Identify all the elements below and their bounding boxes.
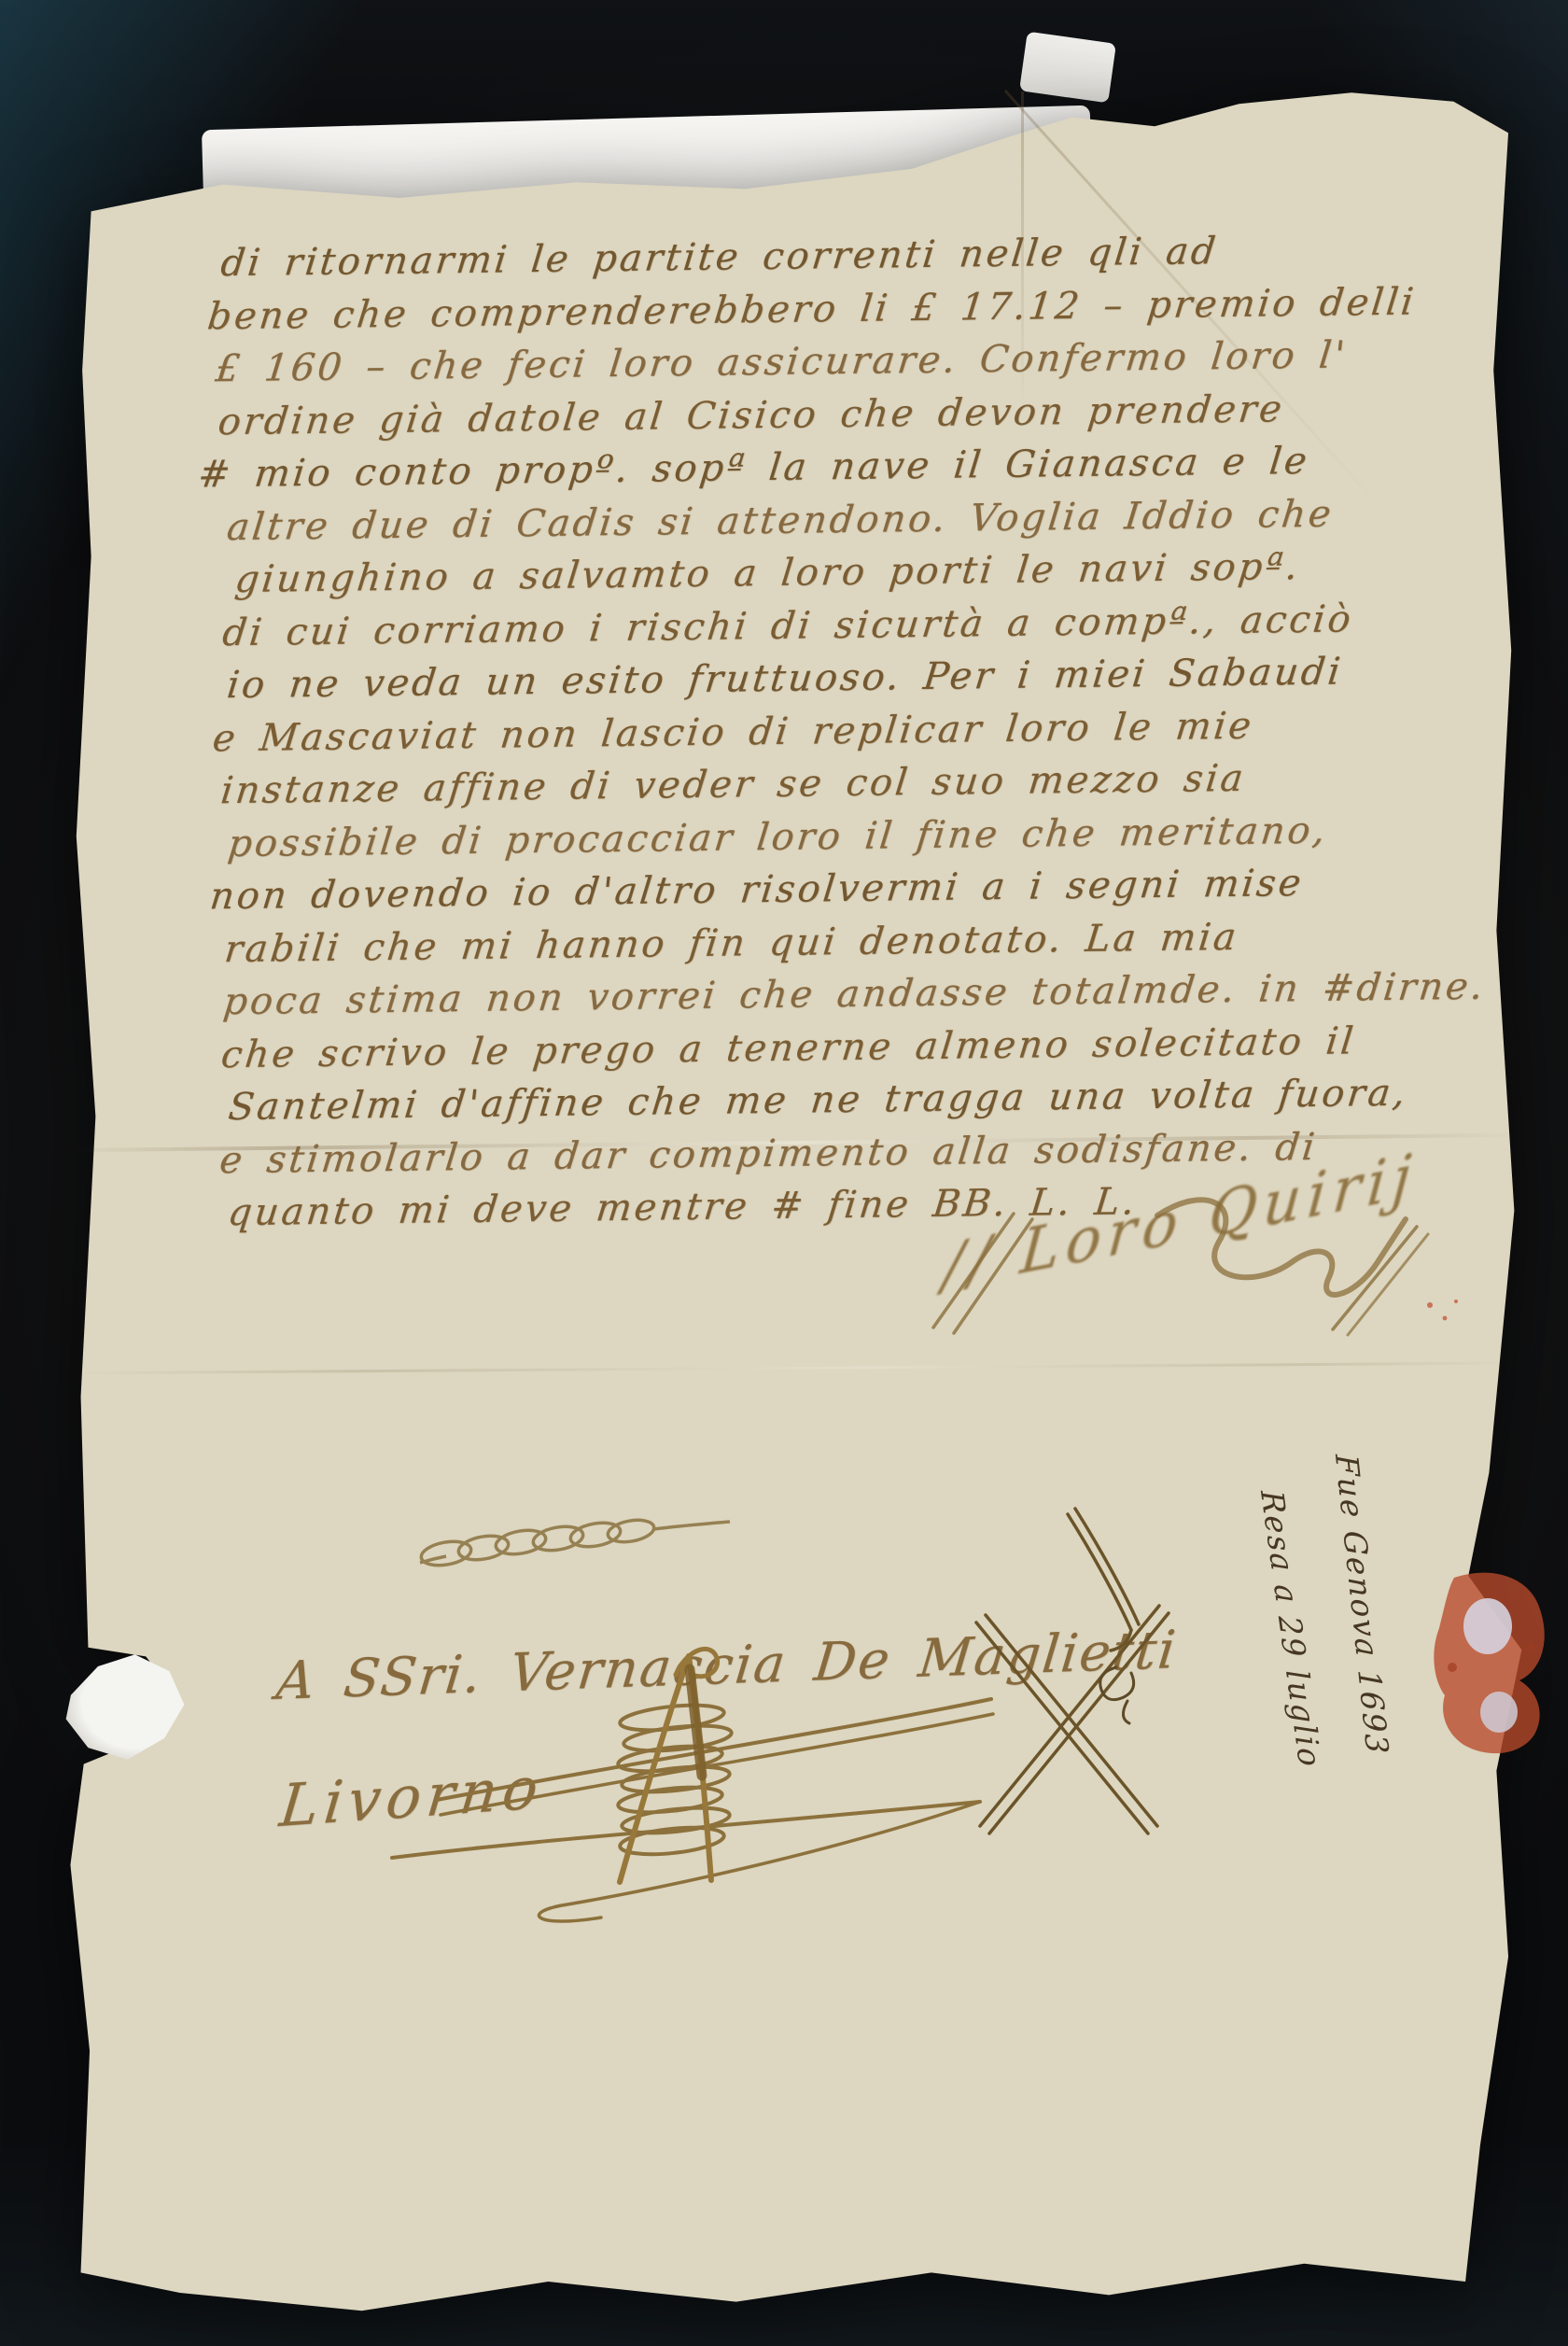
photograph-of-manuscript-letter: di ritornarmi le partite correnti nelle … <box>0 0 1568 2346</box>
manuscript-text-block: di ritornarmi le partite correnti nelle … <box>206 222 1488 1240</box>
